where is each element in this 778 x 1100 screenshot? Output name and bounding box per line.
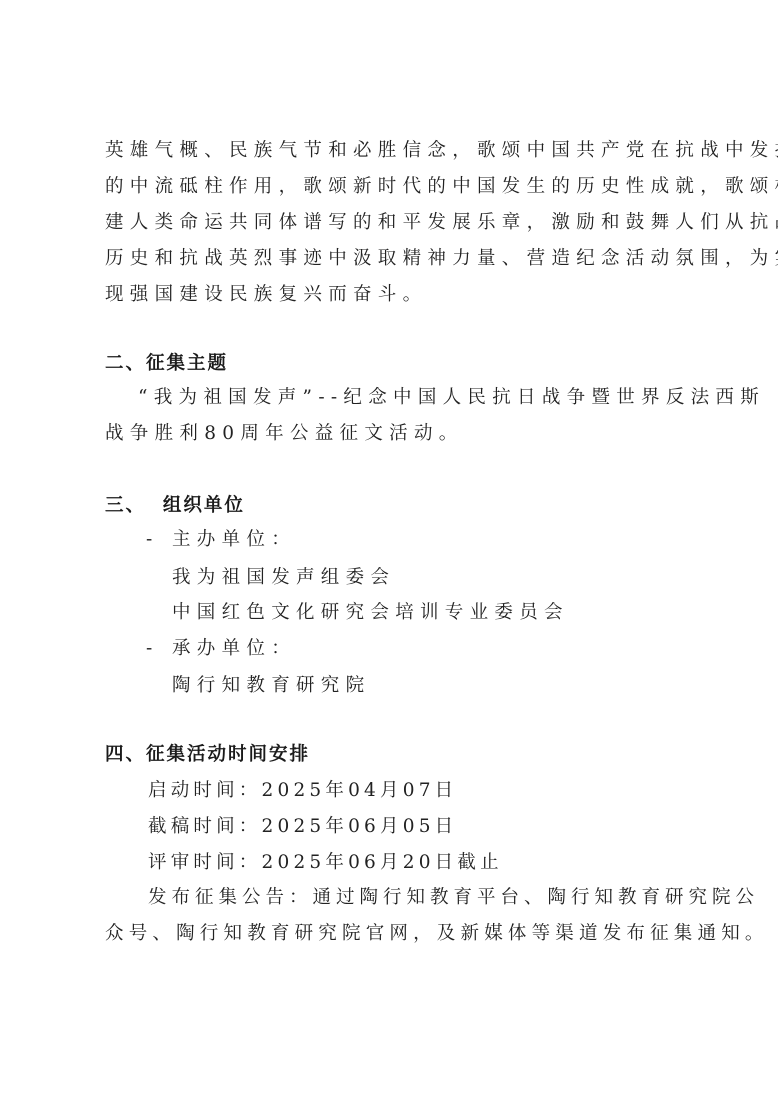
paragraph-line: 建人类命运共同体谱写的和平发展乐章，激励和鼓舞人们从抗战	[105, 211, 778, 235]
group-label: 承办单位：	[172, 638, 296, 659]
schedule-start: 启动时间：2025年04月07日	[148, 779, 457, 803]
paragraph-line: 现强国建设民族复兴而奋斗。	[105, 283, 427, 307]
paragraph-line: 历史和抗战英烈事迹中汲取精神力量、营造纪念活动氛围，为实	[105, 247, 778, 271]
organizer-group-co-host: -承办单位：	[146, 637, 296, 661]
section-heading: 四、征集活动时间安排	[105, 743, 310, 767]
announcement-line: 发布征集公告：通过陶行知教育平台、陶行知教育研究院公	[148, 886, 759, 910]
dash-bullet: -	[146, 637, 172, 661]
document-page: 英雄气概、民族气节和必胜信念，歌颂中国共产党在抗战中发挥 的中流砥柱作用，歌颂新…	[0, 0, 778, 1100]
schedule-deadline: 截稿时间：2025年06月05日	[148, 815, 457, 839]
group-label: 主办单位：	[172, 529, 296, 550]
organizer-item: 中国红色文化研究会培训专业委员会	[172, 601, 569, 625]
organizer-item: 我为祖国发声组委会	[172, 566, 395, 590]
organizer-item: 陶行知教育研究院	[172, 674, 370, 698]
paragraph-line: 战争胜利80周年公益征文活动。	[105, 422, 464, 446]
schedule-review: 评审时间：2025年06月20日截止	[148, 851, 503, 875]
section-heading: 三、 组织单位	[105, 494, 245, 518]
paragraph-line: 英雄气概、民族气节和必胜信念，歌颂中国共产党在抗战中发挥	[105, 139, 778, 163]
dash-bullet: -	[146, 528, 172, 552]
section-heading: 二、征集主题	[105, 352, 228, 376]
paragraph-line: “我为祖国发声”--纪念中国人民抗日战争暨世界反法西斯	[138, 386, 765, 410]
organizer-group-host: -主办单位：	[146, 528, 296, 552]
paragraph-line: 的中流砥柱作用，歌颂新时代的中国发生的历史性成就，歌颂构	[105, 175, 778, 199]
announcement-line: 众号、陶行知教育研究院官网，及新媒体等渠道发布征集通知。	[105, 922, 769, 946]
